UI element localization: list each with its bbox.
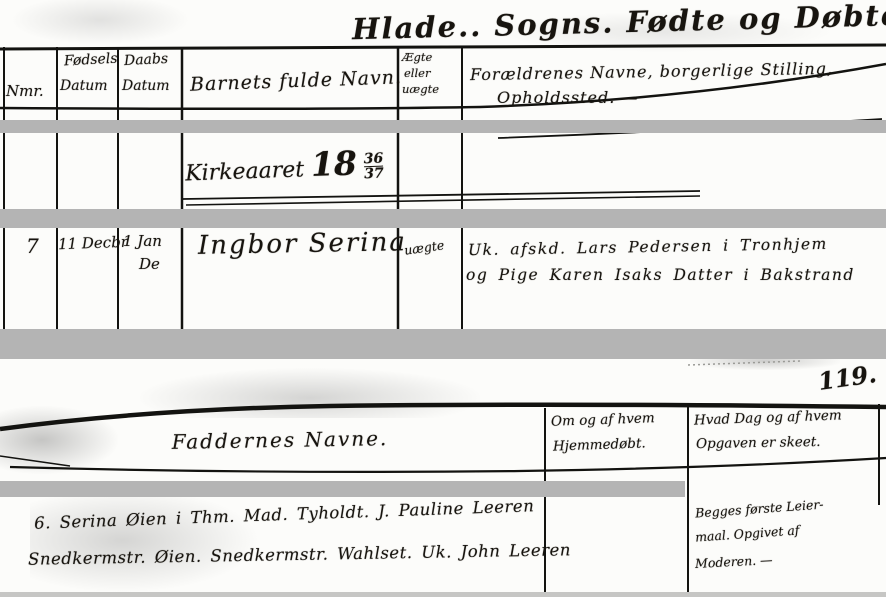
row-parents-line2: og Pige Karen Isaks Datter i Bakstrand — [466, 266, 855, 284]
row-baptism-date-line1: 1 Jan — [123, 232, 162, 250]
row-baptism-date-line2: De — [139, 255, 160, 273]
church-year-numerator: 36 — [364, 152, 384, 166]
header-number: Nmr. — [6, 82, 44, 100]
church-year-heading: Kirkeaaret 18 36 37 — [184, 143, 384, 189]
header-home-baptism-line2: Hjemmedøbt. — [553, 435, 646, 454]
splice-band-1 — [0, 120, 886, 133]
scanned-parish-register-page: Hlade.. Sogns. Fødte og Døbte Ao 36 37 N… — [0, 0, 886, 597]
header-legitimacy-line3: uægte — [402, 82, 439, 96]
header-legitimacy-line2: eller — [404, 66, 430, 80]
header-baptism-date-line1: Daabs — [124, 51, 169, 69]
church-year-century: 18 — [310, 143, 357, 184]
church-year-fraction: 36 37 — [364, 152, 384, 181]
header-parents-line2: Opholdssted. — — [497, 88, 638, 107]
splice-band-2 — [0, 209, 886, 228]
splice-band-4 — [0, 481, 685, 497]
header-report-line2: Opgaven er skeet. — [696, 434, 821, 452]
church-year-prefix: Kirkeaaret — [185, 157, 305, 186]
church-year-denominator: 37 — [364, 166, 384, 182]
row-birth-date: 11 Decbr — [58, 233, 129, 253]
row-child-name: Ingbor Serina — [198, 227, 407, 261]
header-baptism-date-line2: Datum — [122, 78, 170, 94]
header-birth-date-line2: Datum — [60, 78, 108, 94]
row-number: 7 — [26, 234, 39, 258]
splice-band-3 — [0, 329, 886, 359]
header-legitimacy-line1: Ægte — [402, 50, 432, 64]
header-birth-date-line1: Fødsels — [64, 51, 118, 70]
splice-band-5 — [0, 592, 886, 597]
